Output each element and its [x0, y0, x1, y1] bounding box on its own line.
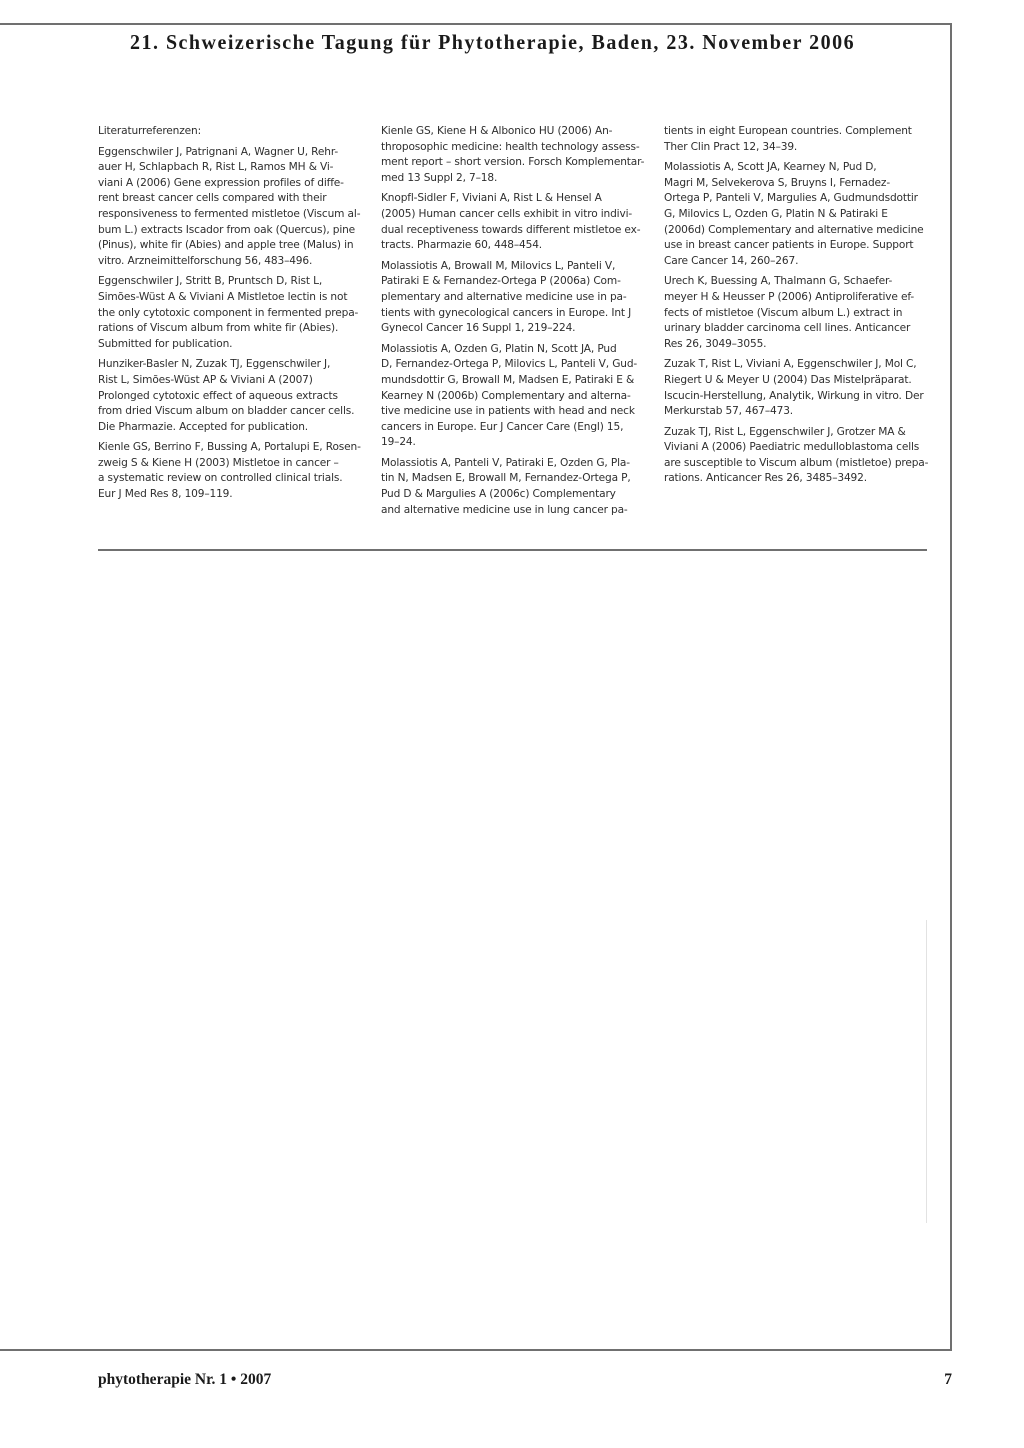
- frame-top-border: [0, 23, 952, 25]
- references-column-2: Kienle GS, Kiene H & Albonico HU (2006) …: [381, 124, 653, 523]
- reference-item: Urech K, Buessing A, Thalmann G, Schaefe…: [664, 274, 936, 352]
- reference-item-continued: tients in eight European countries. Comp…: [664, 124, 936, 155]
- reference-item: Molassiotis A, Scott JA, Kearney N, Pud …: [664, 160, 936, 269]
- reference-item: Molassiotis A, Ozden G, Platin N, Scott …: [381, 342, 653, 451]
- frame-bottom-border: [0, 1349, 952, 1351]
- reference-item: Hunziker-Basler N, Zuzak TJ, Eggenschwil…: [98, 357, 370, 435]
- reference-item: Eggenschwiler J, Stritt B, Pruntsch D, R…: [98, 274, 370, 352]
- frame-right-border: [950, 23, 952, 1351]
- footer-journal-info: phytotherapie Nr. 1 • 2007: [98, 1371, 271, 1389]
- reference-item: Zuzak T, Rist L, Viviani A, Eggenschwile…: [664, 357, 936, 419]
- page-header-title: 21. Schweizerische Tagung für Phytothera…: [9, 30, 961, 55]
- reference-item: Kienle GS, Berrino F, Bussing A, Portalu…: [98, 440, 370, 502]
- faint-vertical-line: [926, 920, 927, 1223]
- reference-item: Molassiotis A, Panteli V, Patiraki E, Oz…: [381, 456, 653, 518]
- reference-item: Kienle GS, Kiene H & Albonico HU (2006) …: [381, 124, 653, 186]
- reference-item: Knopfl-Sidler F, Viviani A, Rist L & Hen…: [381, 191, 653, 253]
- references-heading: Literaturreferenzen:: [98, 124, 370, 140]
- references-column-3: tients in eight European countries. Comp…: [664, 124, 936, 492]
- references-column-1: Literaturreferenzen: Eggenschwiler J, Pa…: [98, 124, 370, 508]
- footer-page-number: 7: [938, 1371, 952, 1389]
- reference-item: Molassiotis A, Browall M, Milovics L, Pa…: [381, 259, 653, 337]
- reference-item: Eggenschwiler J, Patrignani A, Wagner U,…: [98, 145, 370, 270]
- section-divider: [98, 549, 927, 551]
- reference-item: Zuzak TJ, Rist L, Eggenschwiler J, Grotz…: [664, 425, 936, 487]
